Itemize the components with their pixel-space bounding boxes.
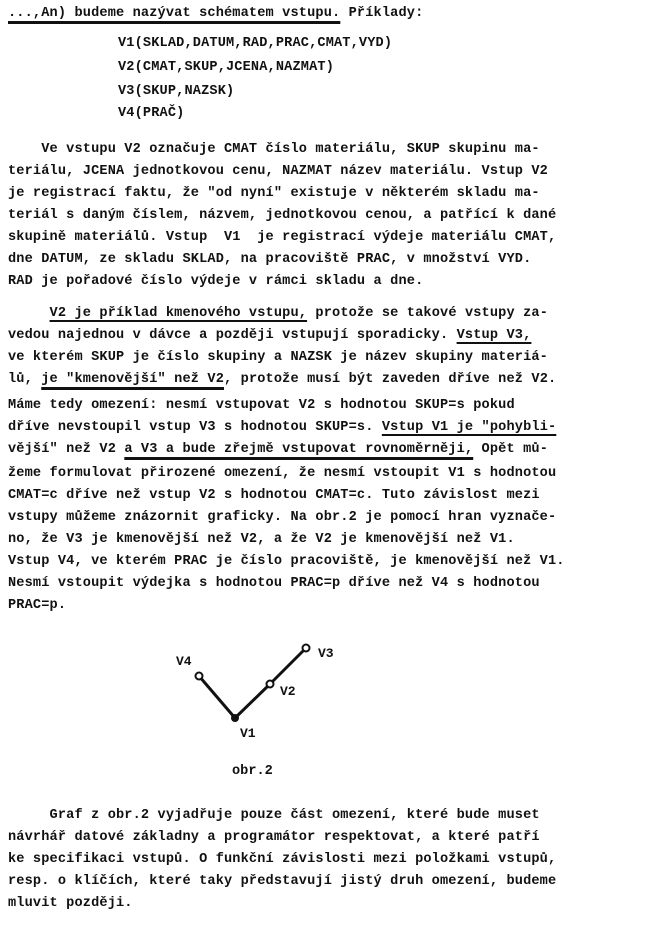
- intro-line: ...,An) budeme nazývat schématem vstupu.…: [8, 4, 423, 24]
- label-v1: V1: [240, 726, 256, 741]
- paragraph2-line: dříve nevstoupil vstup V3 s hodnotou SKU…: [8, 418, 556, 438]
- paragraph3-line: Graf z obr.2 vyjadřuje pouze část omezen…: [8, 806, 540, 826]
- edge-v2-v3: [270, 648, 306, 684]
- paragraph2-line: vedou najednou v dávce a později vstupuj…: [8, 326, 531, 346]
- underlined-pohyblivejsi: Vstup V1 je "pohybli-: [382, 420, 556, 435]
- paragraph2-line: vější" než V2 a V3 a bude zřejmě vstupov…: [8, 440, 548, 460]
- text-segment: dříve nevstoupil vstup V3 s hodnotou SKU…: [8, 420, 382, 435]
- intro-rest-text: Příklady:: [340, 6, 423, 21]
- node-v3: [303, 645, 310, 652]
- node-v4: [196, 673, 203, 680]
- text-segment: vější" než V2: [8, 442, 124, 457]
- text-segment: Opět mů-: [473, 442, 548, 457]
- text-segment: lů,: [8, 372, 41, 387]
- paragraph2-line: lů, je "kmenovější" než V2, protože musí…: [8, 370, 556, 390]
- paragraph1-line: teriálu, JCENA jednotkovou cenu, NAZMAT …: [8, 162, 548, 182]
- edge-v4-v1: [199, 676, 235, 718]
- paragraph2-line: V2 je příklad kmenového vstupu, protože …: [8, 304, 548, 324]
- underlined-kmenovejsi: je "kmenovější" než V2: [41, 372, 224, 387]
- schema-example-v3: V3(SKUP,NAZSK): [118, 82, 234, 102]
- paragraph2-line: žeme formulovat přirozené omezení, že ne…: [8, 464, 556, 484]
- schema-example-v2: V2(CMAT,SKUP,JCENA,NAZMAT): [118, 58, 334, 78]
- paragraph3-line: mluvit později.: [8, 894, 133, 914]
- paragraph2-line: Vstup V4, ve kterém PRAC je číslo pracov…: [8, 552, 565, 572]
- paragraph2-line: no, že V3 je kmenovější než V2, a že V2 …: [8, 530, 515, 550]
- figure-caption: obr.2: [232, 764, 273, 779]
- label-v4: V4: [176, 654, 192, 669]
- underlined-kmenovy-vstup: V2 je příklad kmenového vstupu,: [50, 306, 308, 321]
- paragraph3-line: návrhář datové základny a programátor re…: [8, 828, 540, 848]
- paragraph2-line: vstupy můžeme znázornit graficky. Na obr…: [8, 508, 556, 528]
- label-v3: V3: [318, 646, 334, 661]
- paragraph2-line: CMAT=c dříve než vstup V2 s hodnotou CMA…: [8, 486, 540, 506]
- paragraph2-line: Máme tedy omezení: nesmí vstupovat V2 s …: [8, 396, 515, 416]
- paragraph3-line: resp. o klíčích, které taky představují …: [8, 872, 556, 892]
- text-segment: , protože musí být zaveden dříve než V2.: [224, 372, 556, 387]
- text-segment: protože se takové vstupy za-: [307, 306, 548, 321]
- indent: [8, 306, 50, 321]
- intro-underlined-text: ...,An) budeme nazývat schématem vstupu.: [8, 6, 340, 21]
- paragraph3-line: ke specifikaci vstupů. O funkční závislo…: [8, 850, 556, 870]
- paragraph1-line: je registrací faktu, že "od nyní" existu…: [8, 184, 540, 204]
- edge-v1-v2: [235, 684, 270, 718]
- paragraph1-line: skupině materiálů. Vstup V1 je registrac…: [8, 228, 556, 248]
- paragraph2-line: ve kterém SKUP je číslo skupiny a NAZSK …: [8, 348, 548, 368]
- text-segment: vedou najednou v dávce a později vstupuj…: [8, 328, 457, 343]
- underlined-rovnomerneji: a V3 a bude zřejmě vstupovat rovnoměrněj…: [124, 442, 473, 457]
- label-v2: V2: [280, 684, 296, 699]
- schema-example-v4: V4(PRAČ): [118, 104, 184, 124]
- paragraph2-line: PRAC=p.: [8, 596, 66, 616]
- paragraph1-line: RAD je pořadové číslo výdeje v rámci skl…: [8, 272, 423, 292]
- paragraph1-line: Ve vstupu V2 označuje CMAT číslo materiá…: [8, 140, 540, 160]
- schema-example-v1: V1(SKLAD,DATUM,RAD,PRAC,CMAT,VYD): [118, 34, 392, 54]
- paragraph1-line: dne DATUM, ze skladu SKLAD, na pracovišt…: [8, 250, 531, 270]
- node-v2: [267, 681, 274, 688]
- node-v1: [231, 714, 239, 722]
- paragraph2-line: Nesmí vstoupit výdejka s hodnotou PRAC=p…: [8, 574, 540, 594]
- underlined-vstup-v3: Vstup V3,: [457, 328, 532, 343]
- paragraph1-line: teriál s daným číslem, názvem, jednotkov…: [8, 206, 556, 226]
